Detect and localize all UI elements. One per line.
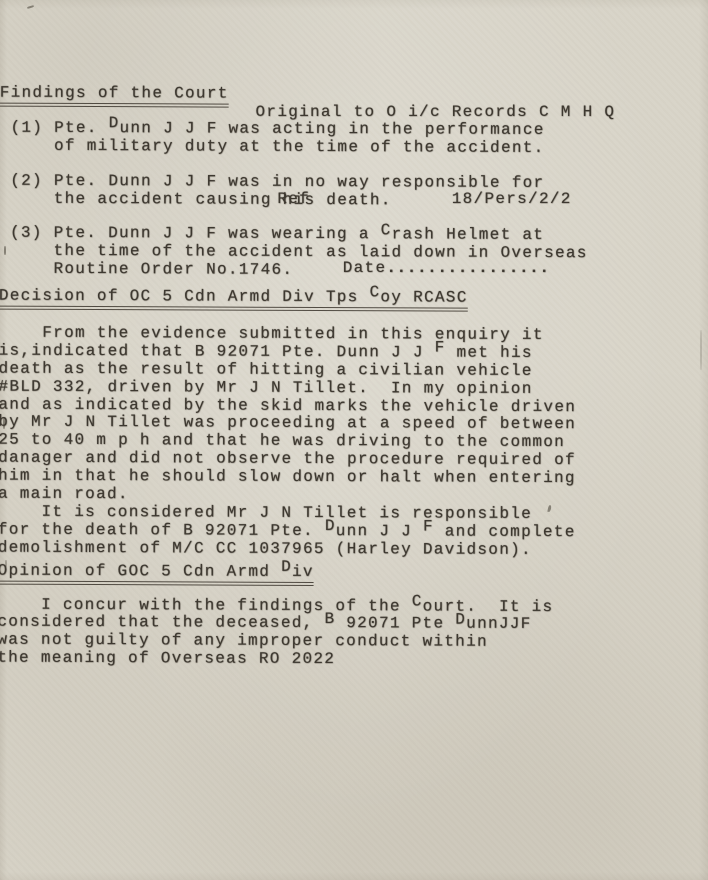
section-heading: Opinion of GOC 5 Cdn Armd Div xyxy=(0,562,706,587)
raised-character: C xyxy=(381,221,392,239)
text-line: the meaning of Overseas RO 2022 xyxy=(0,650,705,671)
heading-text: Opinion of GOC 5 Cdn Armd Div xyxy=(0,562,314,585)
text-block: (3) Pte. Dunn J J F was wearing a Crash … xyxy=(0,225,707,282)
text-line: demolishment of M/C CC 1037965 (Harley D… xyxy=(0,539,706,560)
raised-character: F xyxy=(435,339,446,357)
text-block: From the evidence submitted in this enqu… xyxy=(0,324,707,560)
raised-character: C xyxy=(412,592,423,610)
heading-text: Findings of the Court xyxy=(0,84,229,107)
text-block: I concur with the findings of the Court.… xyxy=(0,596,706,671)
raised-character: D xyxy=(281,558,292,576)
raised-character: D xyxy=(455,611,466,629)
text-line: of military duty at the time of the acci… xyxy=(0,137,708,158)
text-line: the accident causing his death. xyxy=(0,191,707,212)
raised-character: F xyxy=(423,518,434,536)
raised-character: C xyxy=(369,284,380,302)
section-heading: Findings of the Court xyxy=(0,84,708,109)
heading-text: Decision of OC 5 Cdn Armd Div Tps Coy RC… xyxy=(0,288,468,312)
document-page: Findings of the Court (1) Pte. Dunn J J … xyxy=(0,0,708,880)
text-block: (1) Pte. Dunn J J F was acting in the pe… xyxy=(0,119,708,158)
section-heading: Decision of OC 5 Cdn Armd Div Tps Coy RC… xyxy=(0,288,707,313)
text-line: Routine Order No.1746. xyxy=(0,261,707,282)
raised-character: B xyxy=(324,610,335,628)
raised-character: D xyxy=(109,114,120,132)
raised-character: D xyxy=(325,517,336,535)
typewritten-content: Findings of the Court (1) Pte. Dunn J J … xyxy=(0,0,708,671)
text-block: (2) Pte. Dunn J J F was in no way respon… xyxy=(0,173,707,212)
